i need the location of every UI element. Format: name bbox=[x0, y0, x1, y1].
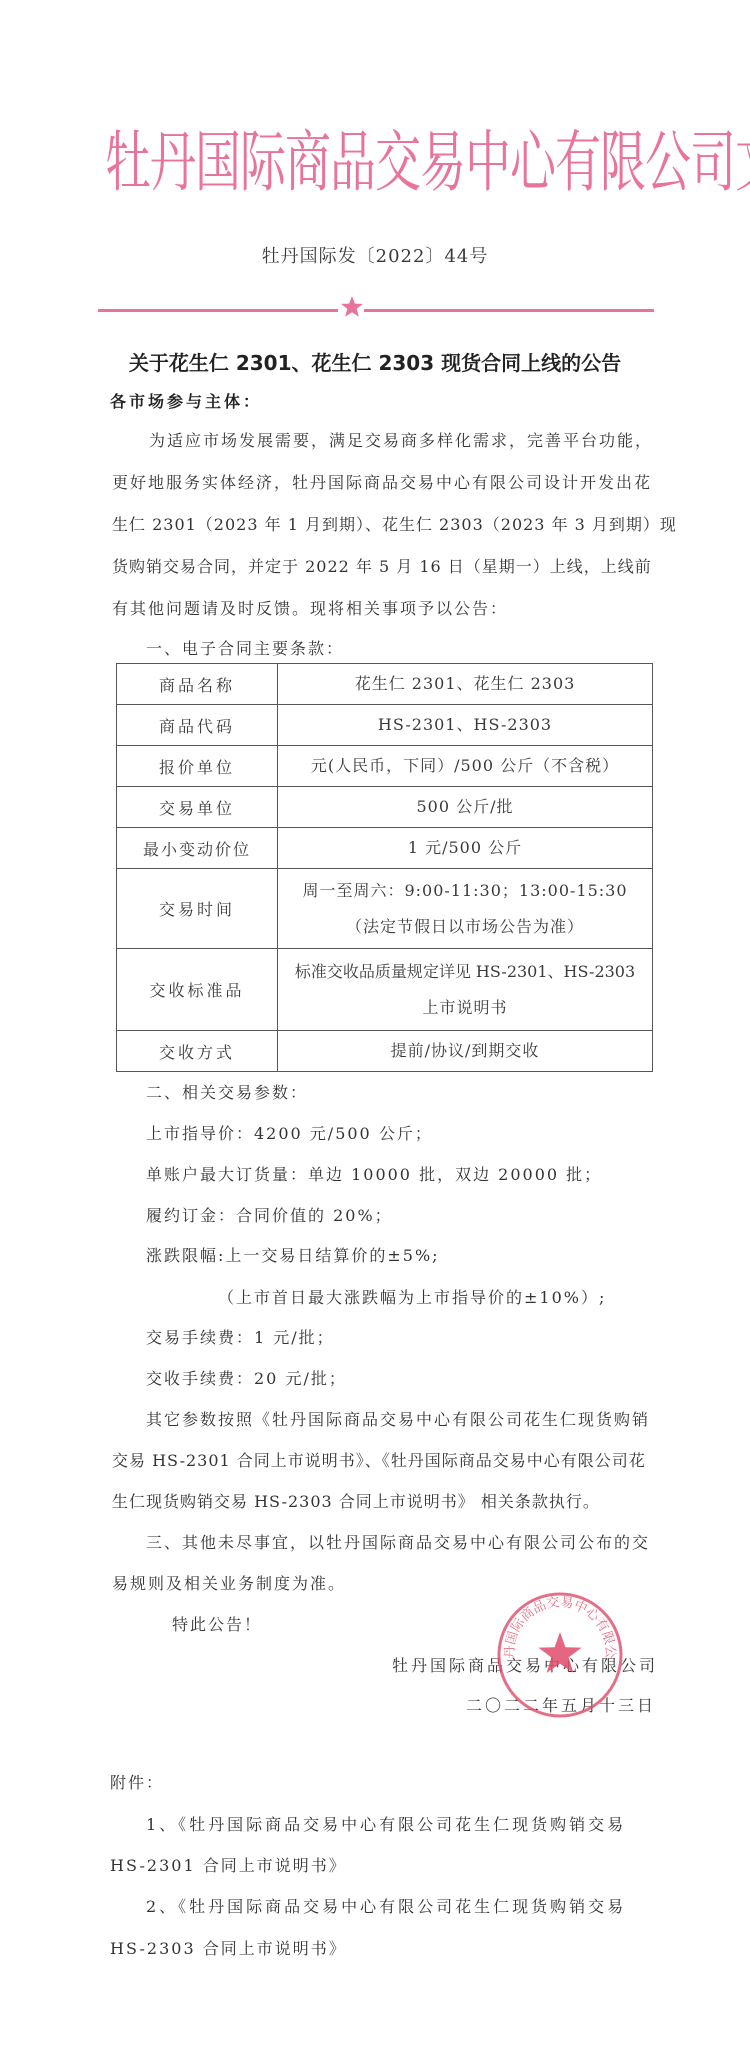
table-row: 商品代码 HS-2301、HS-2303 bbox=[117, 705, 653, 746]
table-row: 商品名称 花生仁 2301、花生仁 2303 bbox=[117, 664, 653, 705]
term-key: 交收方式 bbox=[117, 1031, 278, 1072]
term-key: 商品代码 bbox=[117, 705, 278, 746]
announcement-title: 关于花生仁 2301、花生仁 2303 现货合同上线的公告 bbox=[0, 347, 750, 376]
term-value-line: 周一至周六：9:00-11:30；13:00-15:30 bbox=[278, 873, 652, 909]
term-key: 最小变动价位 bbox=[117, 828, 278, 869]
intro-line: 有其他问题请及时反馈。现将相关事项予以公告： bbox=[112, 596, 508, 619]
term-value-line: （法定节假日以市场公告为准） bbox=[278, 909, 652, 945]
table-row: 交易单位 500 公斤/批 bbox=[117, 787, 653, 828]
attachments-label: 附件： bbox=[110, 1770, 164, 1793]
section-3-line: 三、其他未尽事宜，以牡丹国际商品交易中心有限公司公布的交 bbox=[146, 1530, 650, 1553]
document-number: 牡丹国际发〔2022〕44号 bbox=[0, 242, 750, 268]
term-key: 报价单位 bbox=[117, 746, 278, 787]
term-value: 500 公斤/批 bbox=[278, 787, 653, 828]
header-divider-left bbox=[98, 309, 338, 312]
intro-line: 货购销交易合同，并定于 2022 年 5 月 16 日（星期一）上线，上线前 bbox=[112, 554, 652, 577]
section-3-line: 易规则及相关业务制度为准。 bbox=[112, 1571, 346, 1594]
term-key: 交收标准品 bbox=[117, 949, 278, 1031]
param-item: 单账户最大订货量：单边 10000 批，双边 20000 批； bbox=[146, 1162, 602, 1185]
attachment-item-2-cont: HS-2303 合同上市说明书》 bbox=[110, 1936, 347, 1959]
section-heading-terms: 一、电子合同主要条款： bbox=[146, 636, 344, 659]
param-item: 上市指导价：4200 元/500 公斤； bbox=[146, 1121, 433, 1144]
term-value: 花生仁 2301、花生仁 2303 bbox=[278, 664, 653, 705]
term-key: 商品名称 bbox=[117, 664, 278, 705]
company-seal-icon: 牡丹国际商品交易中心有限公司 bbox=[495, 1590, 625, 1720]
term-value: 1 元/500 公斤 bbox=[278, 828, 653, 869]
salutation: 各市场参与主体： bbox=[110, 389, 262, 412]
section-heading-params: 二、相关交易参数： bbox=[146, 1080, 308, 1103]
term-value: 周一至周六：9:00-11:30；13:00-15:30 （法定节假日以市场公告… bbox=[278, 869, 653, 949]
attachment-item-2: 2、《牡丹国际商品交易中心有限公司花生仁现货购销交易 bbox=[146, 1894, 626, 1917]
table-row: 报价单位 元(人民币，下同）/500 公斤（不含税） bbox=[117, 746, 653, 787]
other-params-line: 交易 HS-2301 合同上市说明书》、《牡丹国际商品交易中心有限公司花 bbox=[112, 1448, 646, 1471]
table-row: 交收标准品 标准交收品质量规定详见 HS-2301、HS-2303 上市说明书 bbox=[117, 949, 653, 1031]
param-item: 履约订金：合同价值的 20%； bbox=[146, 1203, 393, 1226]
intro-line: 更好地服务实体经济，牡丹国际商品交易中心有限公司设计开发出花 bbox=[112, 470, 652, 493]
term-value-line: 上市说明书 bbox=[278, 990, 652, 1026]
attachment-item-1: 1、《牡丹国际商品交易中心有限公司花生仁现货购销交易 bbox=[146, 1812, 626, 1835]
param-item: 交易手续费：1 元/批； bbox=[146, 1325, 335, 1348]
term-value: 标准交收品质量规定详见 HS-2301、HS-2303 上市说明书 bbox=[278, 949, 653, 1031]
intro-line: 为适应市场发展需要，满足交易商多样化需求，完善平台功能， bbox=[149, 428, 653, 451]
term-key: 交易单位 bbox=[117, 787, 278, 828]
table-row: 最小变动价位 1 元/500 公斤 bbox=[117, 828, 653, 869]
term-value: 元(人民币，下同）/500 公斤（不含税） bbox=[278, 746, 653, 787]
term-value: HS-2301、HS-2303 bbox=[278, 705, 653, 746]
param-item: 涨跌限幅:上一交易日结算价的±5%; bbox=[146, 1243, 440, 1266]
org-document-header: 牡丹国际商品交易中心有限公司文件 bbox=[105, 104, 665, 220]
term-value: 提前/协议/到期交收 bbox=[278, 1031, 653, 1072]
param-item: 交收手续费：20 元/批； bbox=[146, 1366, 347, 1389]
attachment-item-1-cont: HS-2301 合同上市说明书》 bbox=[110, 1853, 347, 1876]
table-row: 交易时间 周一至周六：9:00-11:30；13:00-15:30 （法定节假日… bbox=[117, 869, 653, 949]
closing-text: 特此公告！ bbox=[172, 1612, 262, 1635]
other-params-line: 生仁现货购销交易 HS-2303 合同上市说明书》 相关条款执行。 bbox=[112, 1489, 600, 1512]
intro-line: 生仁 2301（2023 年 1 月到期）、花生仁 2303（2023 年 3 … bbox=[112, 512, 677, 535]
header-divider-right bbox=[364, 309, 654, 312]
table-row: 交收方式 提前/协议/到期交收 bbox=[117, 1031, 653, 1072]
term-key: 交易时间 bbox=[117, 869, 278, 949]
contract-terms-table: 商品名称 花生仁 2301、花生仁 2303 商品代码 HS-2301、HS-2… bbox=[116, 663, 653, 1072]
param-item: （上市首日最大涨跌幅为上市指导价的±10%）; bbox=[218, 1285, 606, 1308]
star-icon bbox=[340, 295, 364, 319]
other-params-line: 其它参数按照《牡丹国际商品交易中心有限公司花生仁现货购销 bbox=[146, 1407, 650, 1430]
term-value-line: 标准交收品质量规定详见 HS-2301、HS-2303 bbox=[278, 954, 652, 990]
